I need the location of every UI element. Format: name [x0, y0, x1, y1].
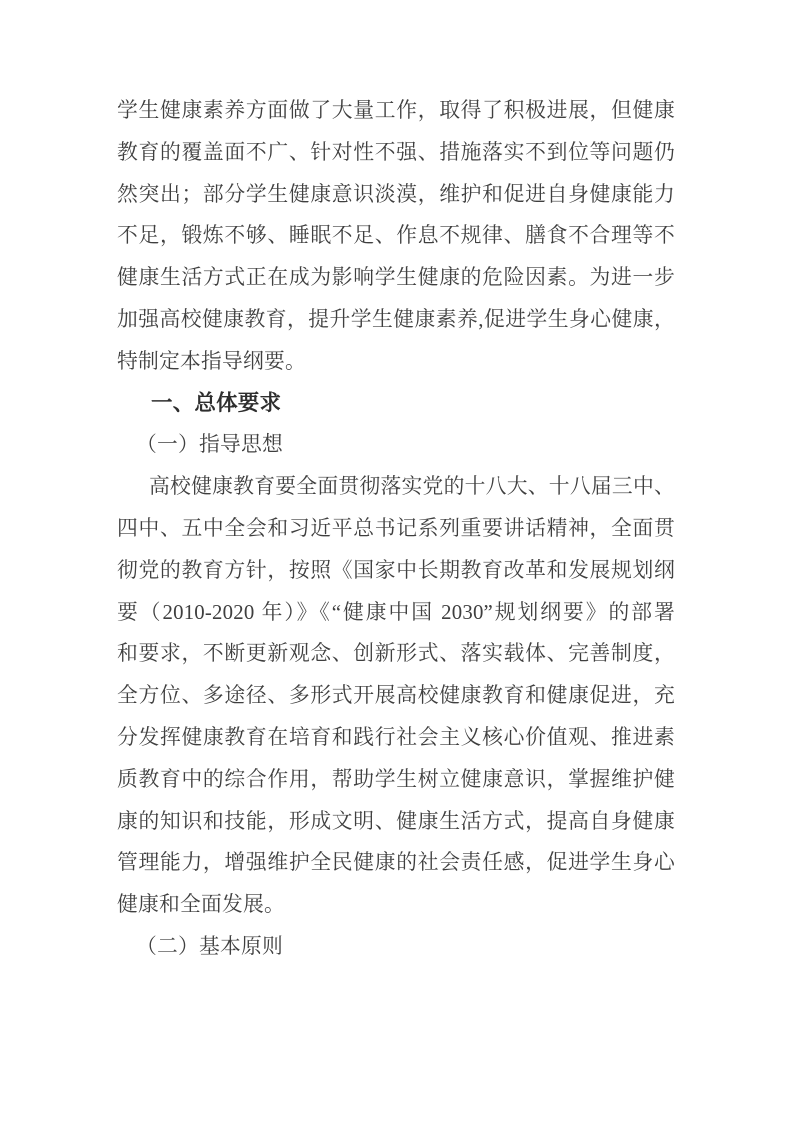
guiding-ideology-paragraph: 高校健康教育要全面贯彻落实党的十八大、十八届三中、四中、五中全会和习近平总书记系…: [117, 466, 675, 926]
subsection-heading-basic-principles: （二）基本原则: [117, 926, 675, 968]
text-line: 和要求，不断更新观念、创新形式、落实载体、完善制度，: [117, 633, 675, 675]
document-page: 学生健康素养方面做了大量工作，取得了积极进展，但健康教育的覆盖面不广、针对性不强…: [0, 0, 793, 1122]
text-line: 全方位、多途径、多形式开展高校健康教育和健康促进，充: [117, 675, 675, 717]
text-line: 一、总体要求: [117, 383, 675, 425]
text-line: 健康和全面发展。: [117, 884, 675, 926]
text-line: 质教育中的综合作用，帮助学生树立健康意识，掌握维护健: [117, 759, 675, 801]
text-line: 特制定本指导纲要。: [117, 341, 675, 383]
text-line: 分发挥健康教育在培育和践行社会主义核心价值观、推进素: [117, 717, 675, 759]
text-line: 学生健康素养方面做了大量工作，取得了积极进展，但健康: [117, 90, 675, 132]
text-line: 教育的覆盖面不广、针对性不强、措施落实不到位等问题仍: [117, 132, 675, 174]
text-line: 然突出；部分学生健康意识淡漠，维护和促进自身健康能力: [117, 174, 675, 216]
subsection-heading-guiding-ideology: （一）指导思想: [117, 424, 675, 466]
text-line: 健康生活方式正在成为影响学生健康的危险因素。为进一步: [117, 257, 675, 299]
section-heading-overall-requirements: 一、总体要求: [117, 383, 675, 425]
text-line: 不足，锻炼不够、睡眠不足、作息不规律、膳食不合理等不: [117, 215, 675, 257]
opening-paragraph-continued: 学生健康素养方面做了大量工作，取得了积极进展，但健康教育的覆盖面不广、针对性不强…: [117, 90, 675, 383]
text-line: 康的知识和技能，形成文明、健康生活方式，提高自身健康: [117, 801, 675, 843]
text-line: 高校健康教育要全面贯彻落实党的十八大、十八届三中、: [117, 466, 675, 508]
text-line: 四中、五中全会和习近平总书记系列重要讲话精神，全面贯: [117, 508, 675, 550]
text-line: 管理能力，增强维护全民健康的社会责任感，促进学生身心: [117, 842, 675, 884]
text-line: 彻党的教育方针，按照《国家中长期教育改革和发展规划纲: [117, 550, 675, 592]
text-line: （二）基本原则: [117, 926, 675, 968]
text-line: （一）指导思想: [117, 424, 675, 466]
document-text-block: 学生健康素养方面做了大量工作，取得了积极进展，但健康教育的覆盖面不广、针对性不强…: [117, 90, 675, 968]
text-line: 要（2010-2020 年）》《“健康中国 2030”规划纲要》的部署: [117, 592, 675, 634]
text-line: 加强高校健康教育，提升学生健康素养,促进学生身心健康，: [117, 299, 675, 341]
